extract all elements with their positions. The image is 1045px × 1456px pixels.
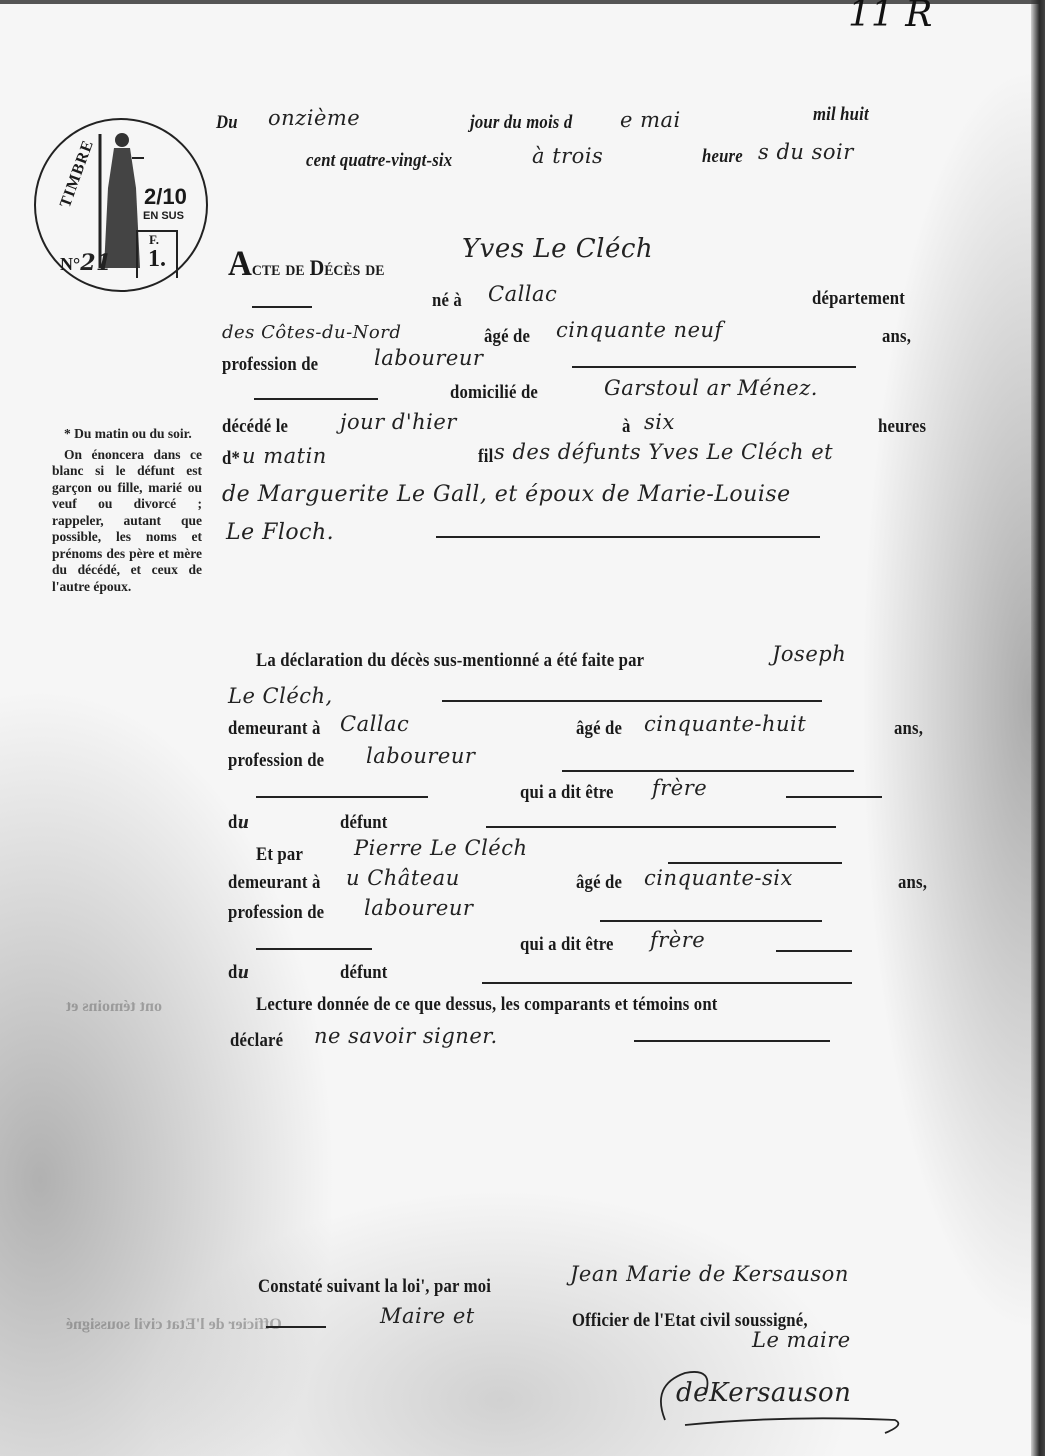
blank-rule — [776, 950, 852, 952]
label-age-2: âgé de — [576, 872, 622, 894]
header-du: Du — [216, 112, 238, 134]
label-age: âgé de — [484, 326, 530, 348]
label-age-1: âgé de — [576, 718, 622, 740]
blank-rule — [436, 536, 820, 538]
label-du-1: du — [228, 812, 249, 834]
parents-line-2: de Marguerite Le Gall, et époux de Marie… — [222, 482, 791, 507]
du-prefix: d — [228, 812, 237, 833]
label-heure: heures — [878, 416, 926, 438]
officer-name: Jean Marie de Kersauson — [570, 1262, 849, 1286]
header-day: onzième — [268, 106, 360, 130]
deceased-name: Yves Le Cléch — [462, 234, 653, 264]
bleed-through-text: Officier de l'Etat civil soussigné — [66, 1316, 282, 1334]
label-relation-1: qui a dit être — [520, 782, 614, 804]
blank-rule — [600, 920, 822, 922]
declarant2-profession: laboureur — [364, 896, 473, 920]
declarant1-residence: Callac — [340, 712, 409, 736]
label-profession-2: profession de — [228, 902, 324, 924]
label-d: d* — [222, 448, 240, 470]
blank-rule — [254, 398, 378, 400]
stamp-value: 1. — [148, 246, 166, 273]
header-heure: heure — [702, 146, 743, 168]
time-of-day: u matin — [242, 444, 327, 468]
departement: des Côtes-du-Nord — [222, 322, 401, 343]
declarant2-residence: u Château — [346, 866, 460, 890]
declarant2-relation: frère — [650, 928, 705, 952]
du-prefix: d — [228, 962, 237, 983]
label-a: à — [622, 416, 631, 438]
label-ans-2: ans, — [898, 872, 927, 894]
label-defunt-2: défunt — [340, 962, 388, 984]
scan-right-edge — [1031, 0, 1045, 1456]
declarant1-age: cinquante-huit — [644, 712, 806, 736]
label-fils: fil — [478, 446, 493, 468]
header-month: e mai — [620, 108, 681, 132]
stamp-number-handwritten: 21 — [80, 250, 112, 276]
blank-rule — [256, 948, 372, 950]
du-handwritten: u — [237, 812, 249, 833]
lecture-declare: déclaré — [230, 1030, 283, 1052]
blank-rule — [266, 1326, 326, 1328]
stamp-number-prefix: N° — [60, 254, 80, 274]
label-ne-a: né à — [432, 290, 462, 312]
label-departement: département — [812, 288, 905, 310]
blank-rule — [786, 796, 882, 798]
stamp-fraction: 2/10 — [144, 184, 187, 210]
declarant2-age: cinquante-six — [644, 866, 793, 890]
bleed-through-text: ont témoins et — [66, 998, 162, 1016]
label-relation-2: qui a dit être — [520, 934, 614, 956]
declarant1-last-name: Le Cléch, — [228, 684, 333, 708]
header-time-of-day: s du soir — [758, 140, 854, 164]
blank-rule — [256, 796, 428, 798]
parents-line-3: Le Floch. — [226, 520, 334, 545]
declarant1-relation: frère — [652, 776, 707, 800]
header-year: cent quatre-vingt-six — [306, 150, 452, 172]
blank-rule — [634, 1040, 830, 1042]
blank-rule — [572, 366, 856, 368]
header-jour-du-mois: jour du mois d — [470, 112, 572, 134]
parents-line-1: s des défunts Yves Le Cléch et — [494, 440, 833, 464]
declarant1-first-name: Joseph — [772, 642, 846, 666]
label-ans: ans, — [882, 326, 911, 348]
title-rest: cte de Décès de — [252, 255, 385, 280]
label-defunt-1: défunt — [340, 812, 388, 834]
declarant2-name: Pierre Le Cléch — [354, 836, 528, 860]
label-profession-1: profession de — [228, 750, 324, 772]
blank-rule — [442, 700, 822, 702]
label-et-par: Et par — [256, 844, 303, 866]
blank-rule — [668, 862, 842, 864]
lecture-handwritten: ne savoir signer. — [314, 1024, 498, 1048]
declarant1-profession: laboureur — [366, 744, 475, 768]
birthplace: Callac — [488, 282, 557, 306]
date-of-death: jour d'hier — [340, 410, 457, 434]
blank-rule — [482, 982, 852, 984]
declaration-intro: La déclaration du décès sus-mentionné a … — [256, 650, 644, 672]
margin-note-time: * Du matin ou du soir. — [52, 426, 202, 443]
hour-of-death: six — [644, 410, 675, 434]
reference-number: 11 R — [848, 0, 932, 35]
officer-title: Maire et — [380, 1304, 475, 1328]
du-handwritten: u — [237, 962, 249, 983]
deceased-profession: laboureur — [374, 346, 483, 370]
document-title: Acte de Décès de — [228, 242, 384, 284]
label-demeurant-1: demeurant à — [228, 718, 320, 740]
label-profession: profession de — [222, 354, 318, 376]
document-page: 11 R TIMBRE 2/10 EN SUS F. 1. N°21 Du on… — [0, 0, 1045, 1456]
constat-line-1: Constaté suivant la loi', par moi — [258, 1276, 491, 1298]
lecture-line-1: Lecture donnée de ce que dessus, les com… — [256, 994, 718, 1016]
stamp-en-sus: EN SUS — [143, 210, 184, 222]
le-maire: Le maire — [752, 1328, 851, 1352]
deceased-age: cinquante neuf — [556, 318, 723, 342]
label-du-2: du — [228, 962, 249, 984]
header-hour: à trois — [532, 144, 603, 168]
title-first-letter: A — [228, 243, 252, 283]
blank-rule — [252, 306, 312, 308]
blank-rule — [562, 770, 854, 772]
domicile: Garstoul ar Ménez. — [604, 376, 818, 400]
label-decede-le: décédé le — [222, 416, 288, 438]
stamp-number: N°21 — [60, 250, 112, 276]
label-domicile: domicilié de — [450, 382, 538, 404]
margin-instructions: * Du matin ou du soir. On énoncera dans … — [52, 426, 202, 599]
blank-rule — [486, 826, 836, 828]
header-mil-huit: mil huit — [813, 104, 869, 126]
label-demeurant-2: demeurant à — [228, 872, 320, 894]
label-ans-1: ans, — [894, 718, 923, 740]
margin-note-details: On énoncera dans ce blanc si le défunt e… — [52, 447, 202, 596]
signature-flourish-icon — [655, 1365, 915, 1440]
stamp-label: TIMBRE — [57, 138, 98, 211]
tax-stamp: TIMBRE 2/10 EN SUS F. 1. N°21 — [34, 118, 208, 292]
